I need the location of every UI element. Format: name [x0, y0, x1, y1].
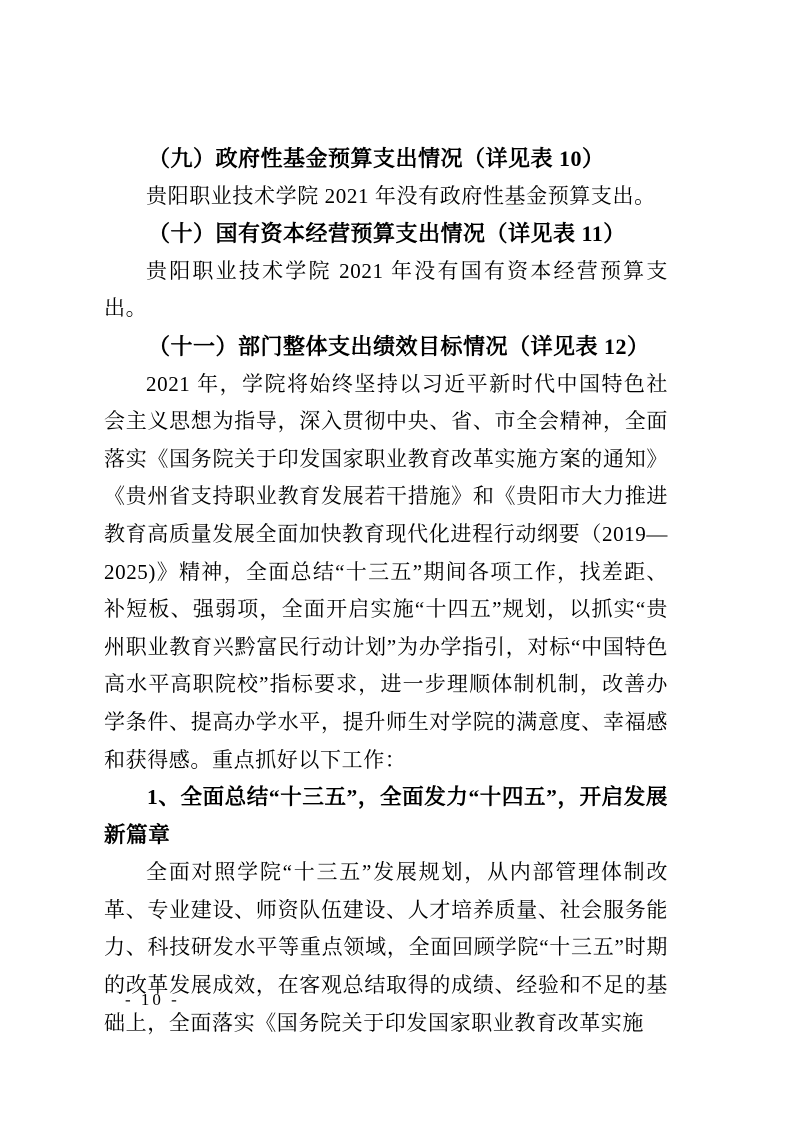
document-page: （九）政府性基金预算支出情况（详见表 10） 贵阳职业技术学院 2021 年没有…: [0, 0, 793, 1122]
paragraph-13th-5yr-review: 全面对照学院“十三五”发展规划，从内部管理体制改革、专业建设、师资队伍建设、人才…: [104, 854, 668, 1042]
subheading-summary-13th-5yr-plan: 1、全面总结“十三五”，全面发力“十四五”，开启发展新篇章: [104, 779, 668, 854]
section-heading-gov-fund-budget: （九）政府性基金预算支出情况（详见表 10）: [104, 140, 668, 178]
paragraph-state-capital-budget: 贵阳职业技术学院 2021 年没有国有资本经营预算支出。: [104, 253, 668, 328]
paragraph-performance-overview: 2021 年，学院将始终坚持以习近平新时代中国特色社会主义思想为指导，深入贯彻中…: [104, 366, 668, 780]
document-content: （九）政府性基金预算支出情况（详见表 10） 贵阳职业技术学院 2021 年没有…: [104, 140, 668, 1042]
section-heading-state-capital-budget: （十）国有资本经营预算支出情况（详见表 11）: [104, 215, 668, 253]
section-heading-performance-targets: （十一）部门整体支出绩效目标情况（详见表 12）: [104, 328, 668, 366]
page-number: - 10 -: [125, 990, 180, 1010]
paragraph-gov-fund-budget: 贵阳职业技术学院 2021 年没有政府性基金预算支出。: [104, 178, 668, 216]
